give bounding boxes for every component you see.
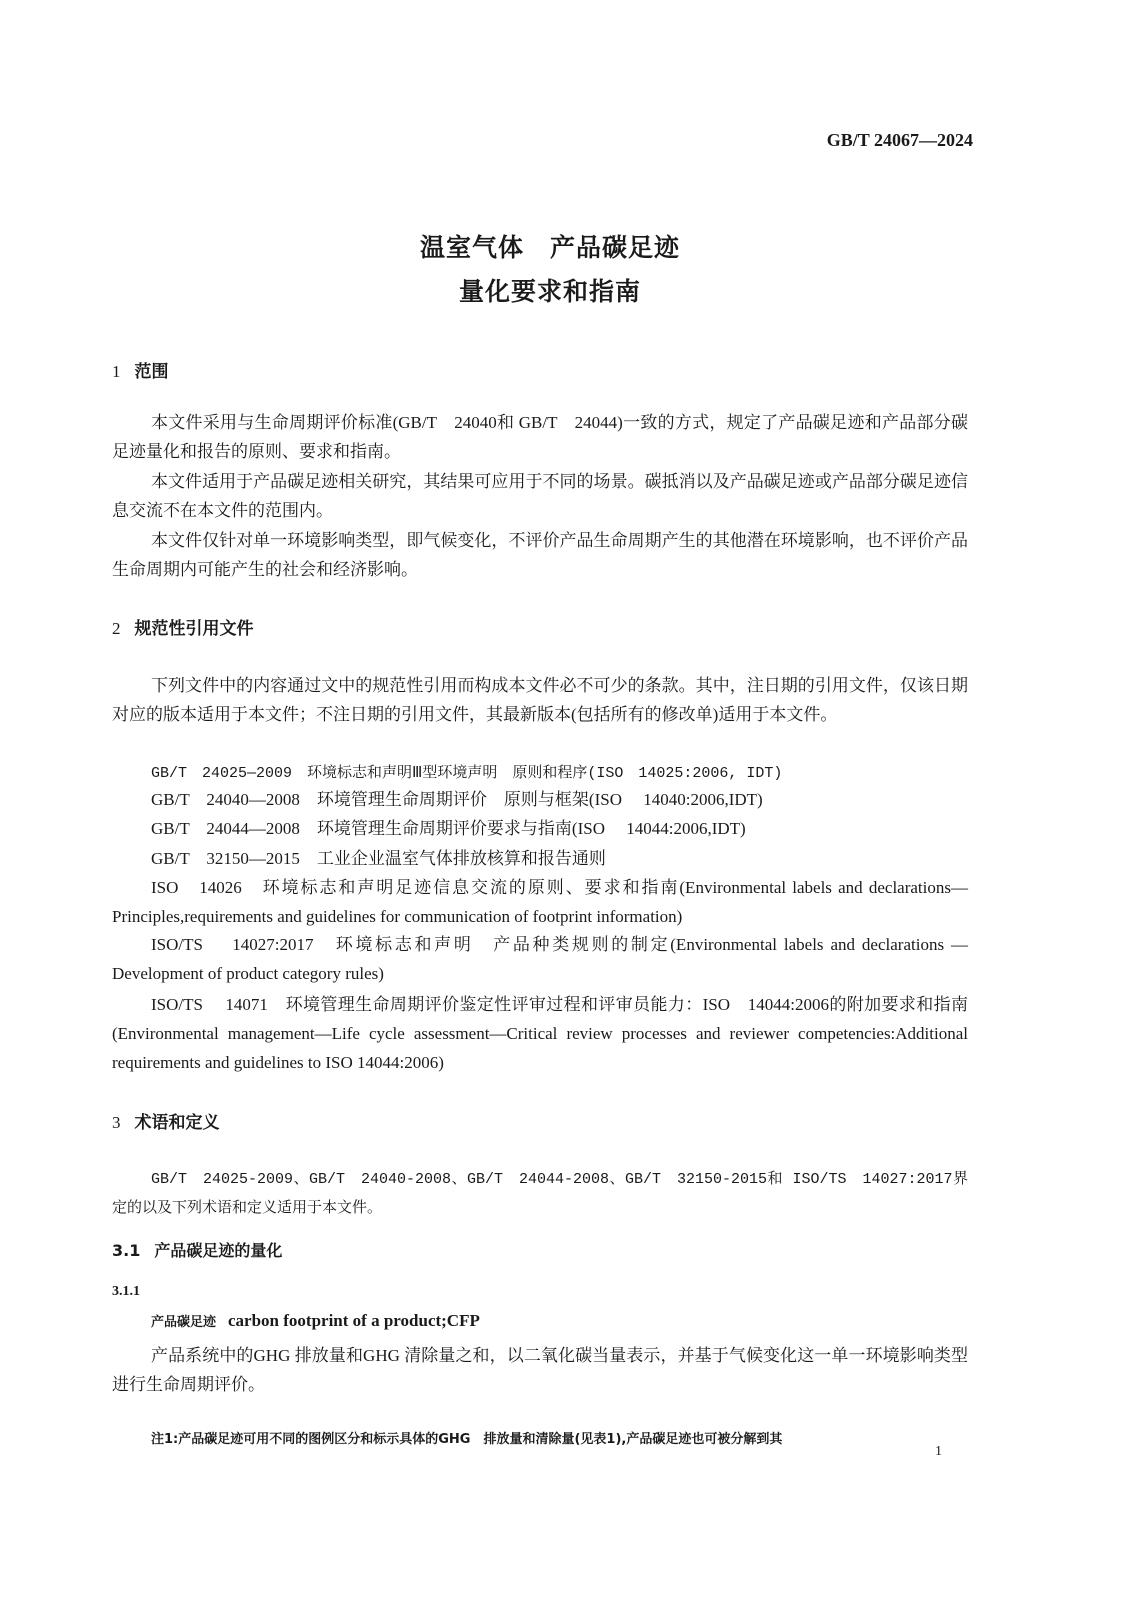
reference-item: GB/T 24025—2009 环境标志和声明Ⅲ型环境声明 原则和程序(ISO …: [112, 759, 968, 788]
section-1-heading: 1范围: [112, 357, 169, 382]
title-line-1: 温室气体产品碳足迹: [0, 226, 1100, 270]
title-part-2: 产品碳足迹: [550, 233, 680, 262]
scope-paragraph-2: 本文件适用于产品碳足迹相关研究，其结果可应用于不同的场景。碳抵消以及产品碳足迹或…: [112, 467, 968, 525]
section-number: 2: [112, 619, 121, 638]
scope-paragraph-3: 本文件仅针对单一环境影响类型，即气候变化，不评价产品生命周期产生的其他潜在环境影…: [112, 526, 968, 584]
term-entry: 产品碳足迹carbon footprint of a product;CFP: [151, 1311, 480, 1331]
section-title: 范围: [135, 362, 169, 382]
term-english: carbon footprint of a product;CFP: [228, 1311, 480, 1330]
reference-item: GB/T 24040—2008 环境管理生命周期评价 原则与框架(ISO 140…: [112, 785, 968, 814]
title-part-1: 温室气体: [420, 233, 524, 262]
reference-item: ISO 14026 环境标志和声明足迹信息交流的原则、要求和指南(Environ…: [112, 873, 968, 931]
section-title: 术语和定义: [135, 1113, 220, 1133]
term-chinese: 产品碳足迹: [151, 1315, 216, 1330]
term-definition: 产品系统中的GHG 排放量和GHG 清除量之和，以二氧化碳当量表示，并基于气候变…: [112, 1341, 968, 1399]
standard-number: GB/T 24067—2024: [827, 130, 973, 151]
document-title: 温室气体产品碳足迹 量化要求和指南: [0, 226, 1100, 314]
section-number: 3: [112, 1113, 121, 1132]
page-number: 1: [935, 1444, 942, 1460]
term-note: 注1:产品碳足迹可用不同的图例区分和标示具体的GHG 排放量和清除量(见表1),…: [151, 1428, 782, 1447]
title-line-2: 量化要求和指南: [0, 270, 1100, 314]
reference-item: GB/T 24044—2008 环境管理生命周期评价要求与指南(ISO 1404…: [112, 814, 968, 843]
section-3-heading: 3术语和定义: [112, 1108, 220, 1133]
normative-references-intro: 下列文件中的内容通过文中的规范性引用而构成本文件必不可少的条款。其中，注日期的引…: [112, 671, 968, 729]
section-number: 1: [112, 362, 121, 381]
subsection-number: 3.1: [112, 1241, 140, 1260]
reference-item: ISO/TS 14027:2017 环境标志和声明 产品种类规则的制定(Envi…: [112, 930, 968, 988]
section-2-heading: 2规范性引用文件: [112, 614, 254, 639]
reference-item: GB/T 32150—2015 工业企业温室气体排放核算和报告通则: [112, 844, 968, 873]
subsection-3-1-heading: 3.1产品碳足迹的量化: [112, 1238, 282, 1261]
scope-paragraph-1: 本文件采用与生命周期评价标准(GB/T 24040和 GB/T 24044)一致…: [112, 408, 968, 466]
subsection-title: 产品碳足迹的量化: [154, 1241, 282, 1260]
terms-intro: GB/T 24025-2009、GB/T 24040-2008、GB/T 240…: [112, 1165, 968, 1223]
section-title: 规范性引用文件: [135, 619, 254, 639]
term-number: 3.1.1: [112, 1284, 140, 1300]
reference-item: ISO/TS 14071 环境管理生命周期评价鉴定性评审过程和评审员能力：ISO…: [112, 990, 968, 1077]
